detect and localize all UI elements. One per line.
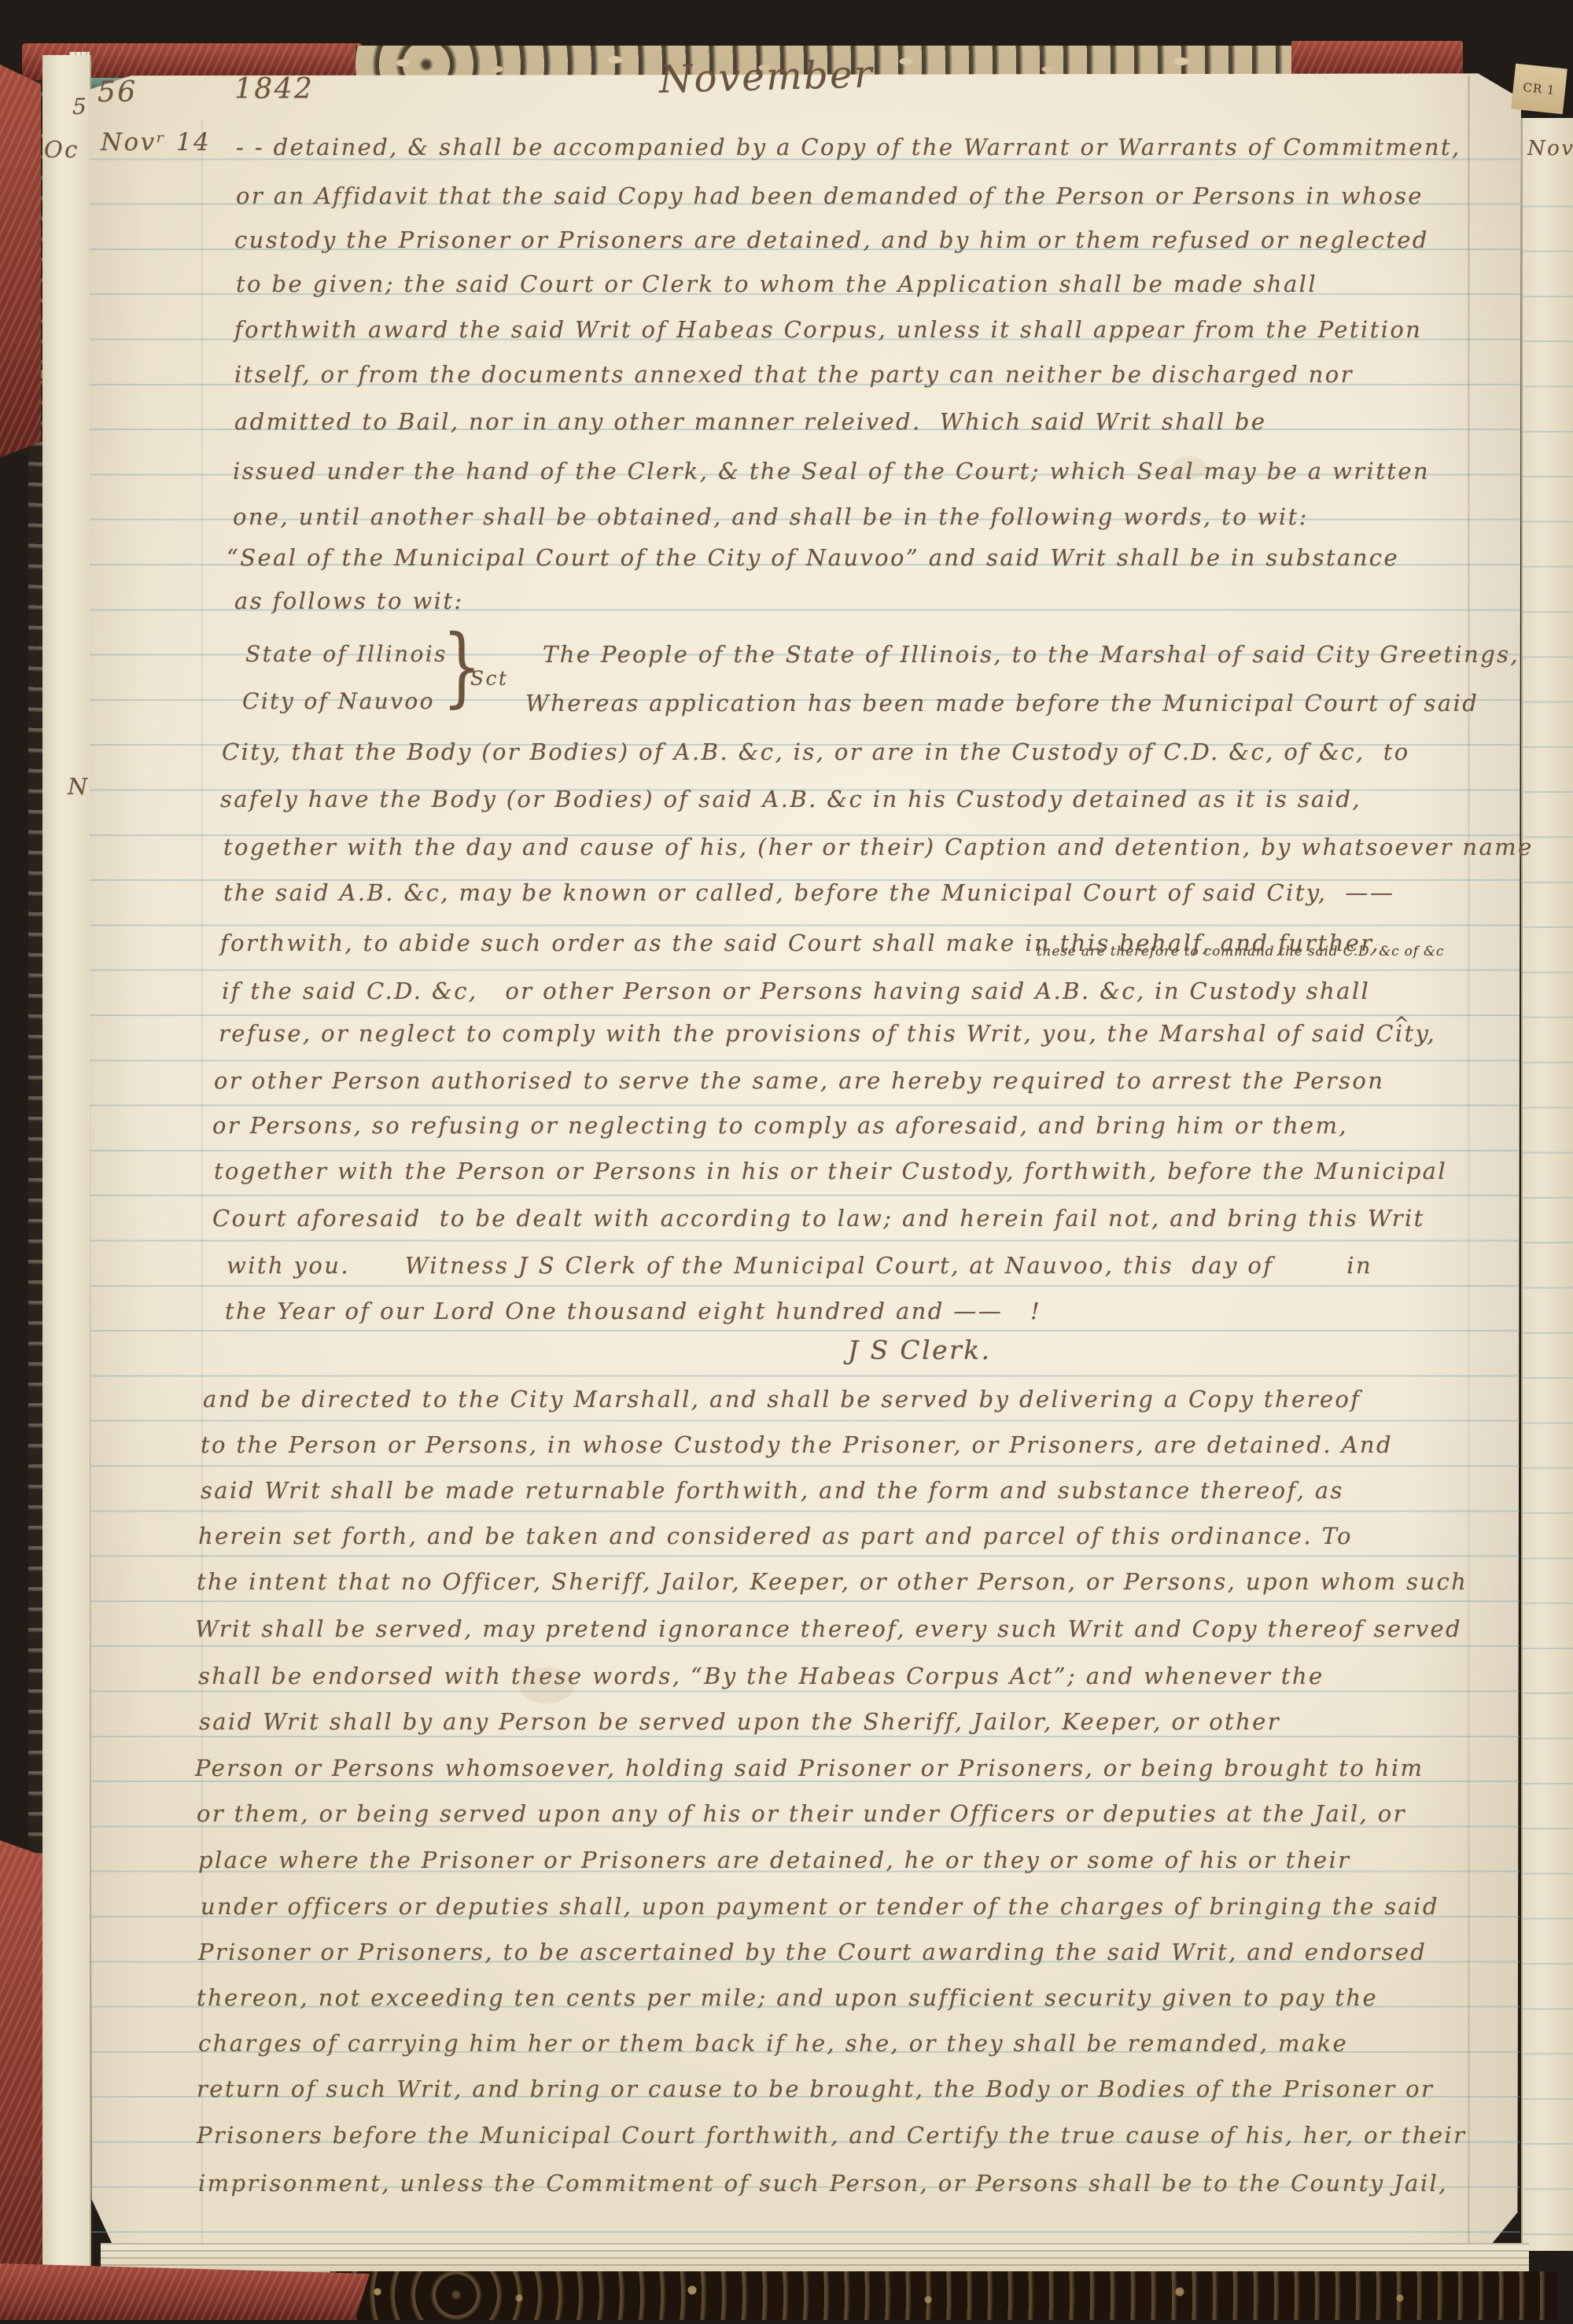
manuscript-line: under officers or deputies shall, upon p…: [201, 1895, 1439, 1918]
manuscript-line: or Persons, so refusing or neglecting to…: [212, 1114, 1348, 1137]
page-edge-text: 5: [72, 96, 88, 118]
manuscript-line: charges of carrying him her or them back…: [198, 2032, 1348, 2055]
book-scan: { "page": { "header": { "folio": "56", "…: [0, 0, 1573, 2324]
manuscript-line: Court aforesaid to be dealt with accordi…: [212, 1207, 1425, 1230]
manuscript-line: and be directed to the City Marshall, an…: [203, 1388, 1361, 1411]
manuscript-line: itself, or from the documents annexed th…: [234, 363, 1354, 386]
page-crease: [1468, 76, 1470, 2260]
manuscript-line: with you. Witness J S Clerk of the Munic…: [227, 1254, 1372, 1277]
ruled-lines: [1523, 162, 1573, 2251]
margin-entry-date: Novʳ 14: [101, 131, 211, 155]
manuscript-line: said Writ shall be made returnable forth…: [201, 1479, 1344, 1502]
manuscript-line: Writ shall be served, may pretend ignora…: [195, 1618, 1462, 1641]
manuscript-line: to the Person or Persons, in whose Custo…: [201, 1434, 1393, 1457]
manuscript-line: Prisoners before the Municipal Court for…: [197, 2124, 1466, 2147]
manuscript-line: or an Affidavit that the said Copy had b…: [236, 185, 1424, 208]
manuscript-line: together with the day and cause of his, …: [223, 836, 1534, 859]
manuscript-line: thereon, not exceeding ten cents per mil…: [197, 1987, 1378, 2009]
next-page-edge: Nov-: [1521, 118, 1573, 2251]
month-header: November: [658, 55, 874, 98]
manuscript-line: shall be endorsed with these words, “By …: [198, 1665, 1324, 1688]
ruled-lines: [90, 115, 1520, 2254]
manuscript-line: one, until another shall be obtained, an…: [233, 506, 1309, 529]
manuscript-line: together with the Person or Persons in h…: [214, 1160, 1447, 1183]
manuscript-line: forthwith award the said Writ of Habeas …: [234, 319, 1422, 341]
manuscript-line: The People of the State of Illinois, to …: [543, 643, 1520, 666]
manuscript-line: refuse, or neglect to comply with the pr…: [219, 1022, 1436, 1045]
year-label: 1842: [234, 76, 314, 104]
manuscript-line: the Year of our Lord One thousand eight …: [225, 1300, 1041, 1323]
manuscript-line: return of such Writ, and bring or cause …: [197, 2078, 1434, 2101]
manuscript-line: herein set forth, and be taken and consi…: [198, 1525, 1353, 1548]
manuscript-line: Person or Persons whomsoever, holding sa…: [195, 1757, 1424, 1780]
left-red-leather-top: [0, 64, 41, 458]
venue-city: City of Nauvoo: [242, 691, 435, 713]
manuscript-line: place where the Prisoner or Prisoners ar…: [198, 1849, 1350, 1872]
page-edge-text: Oc: [44, 138, 79, 161]
manuscript-line: or other Person authorised to serve the …: [214, 1070, 1384, 1092]
manuscript-line: if the said C.D. &c, or other Person or …: [222, 980, 1370, 1003]
margin-rule: [201, 120, 203, 2243]
manuscript-line: forthwith, to abide such order as the sa…: [220, 932, 1380, 955]
manuscript-line: as follows to wit:: [234, 590, 464, 613]
manuscript-line: City, that the Body (or Bodies) of A.B. …: [222, 741, 1410, 764]
venue-state: State of Illinois: [245, 643, 448, 665]
manuscript-line: custody the Prisoner or Prisoners are de…: [234, 229, 1429, 252]
manuscript-line: imprisonment, unless the Commitment of s…: [198, 2172, 1448, 2195]
manuscript-line: safely have the Body (or Bodies) of said…: [220, 788, 1361, 811]
manuscript-line: said Writ shall by any Person be served …: [199, 1711, 1280, 1733]
manuscript-line: the said A.B. &c, may be known or called…: [223, 882, 1394, 904]
page-edge-text: Nov-: [1527, 138, 1573, 159]
manuscript-line: the intent that no Officer, Sheriff, Jai…: [197, 1571, 1468, 1593]
manuscript-line: admitted to Bail, nor in any other manne…: [234, 411, 1266, 433]
manuscript-line: issued under the hand of the Clerk, & th…: [233, 460, 1430, 483]
prior-page-edge: 5 Oc Ne: [42, 55, 91, 2273]
manuscript-line: “Seal of the Municipal Court of the City…: [227, 547, 1399, 569]
manuscript-line: Prisoner or Prisoners, to be ascertained…: [198, 1941, 1427, 1964]
manuscript-line: or them, or being served upon any of his…: [197, 1803, 1406, 1825]
folio-number: 56: [98, 79, 138, 107]
binding-label: CR 1: [1511, 64, 1567, 115]
clerk-signature: J S Clerk.: [848, 1337, 991, 1363]
manuscript-line: to be given; the said Court or Clerk to …: [236, 273, 1317, 296]
venue-brace: }: [442, 623, 483, 709]
venue-abbr: Sct: [470, 668, 508, 688]
bottom-marbled-edge: [330, 2271, 1557, 2320]
page-edge-text: Ne: [68, 775, 91, 798]
manuscript-line: Whereas application has been made before…: [525, 692, 1479, 715]
manuscript-line: - - detained, & shall be accompanied by …: [236, 136, 1461, 159]
